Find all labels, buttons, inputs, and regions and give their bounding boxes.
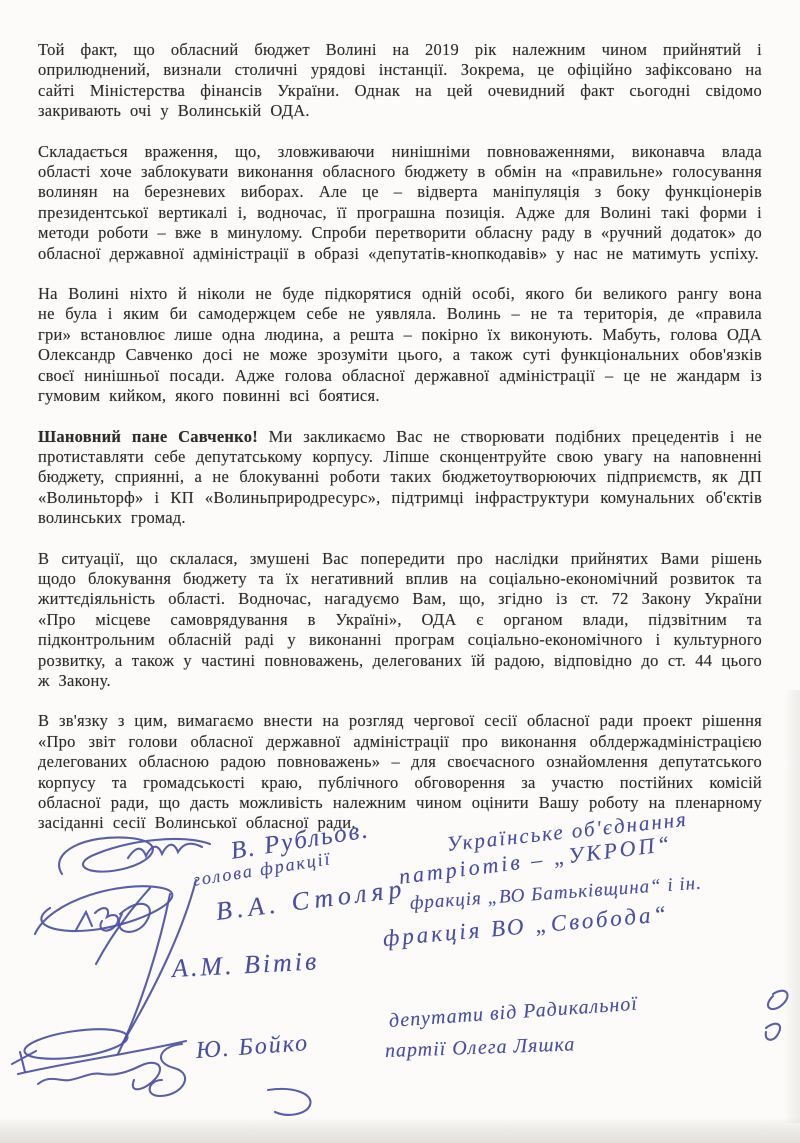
paragraph-text: Той факт, що обласний бюджет Волині на 2… [38,40,762,120]
paragraph-warning-law: В ситуації, що склалася, змушені Вас поп… [38,549,762,692]
paragraph-text: Складається враження, що, зловживаючи ни… [38,142,762,263]
signature-flourish [768,991,788,1009]
signature-flourishes [0,812,800,1143]
paragraph-volyn-territory: На Волині ніхто й ніколи не буде підкоря… [38,284,762,406]
signature-flourish [268,1089,311,1115]
scanned-letter-page: Той факт, що обласний бюджет Волині на 2… [0,0,800,1143]
signature-flourish [35,886,172,934]
paragraph-appeal-to-savchenko: Шановний пане Савченко! Ми закликаємо Ва… [38,427,762,529]
paragraph-text: В ситуації, що склалася, змушені Вас поп… [38,549,762,690]
signature-flourish [128,844,202,858]
signature-flourish [119,904,150,932]
signature-flourish [59,837,210,874]
paragraph-lead-bold: Шановний пане Савченко! [38,427,258,446]
signature-flourish [766,1024,780,1040]
letter-body: Той факт, що обласний бюджет Волині на 2… [0,0,800,854]
paragraph-text: На Волині ніхто й ніколи не буде підкоря… [38,284,762,405]
signature-flourish [23,1024,130,1064]
paragraph-manipulation: Складається враження, що, зловживаючи ни… [38,142,762,264]
signature-flourish [150,1044,185,1096]
signature-block: В. Рубльов. голова фракції В.А. Столяр У… [0,812,800,1143]
paragraph-budget-fact: Той факт, що обласний бюджет Волині на 2… [38,40,762,122]
signature-flourish [12,1051,36,1072]
